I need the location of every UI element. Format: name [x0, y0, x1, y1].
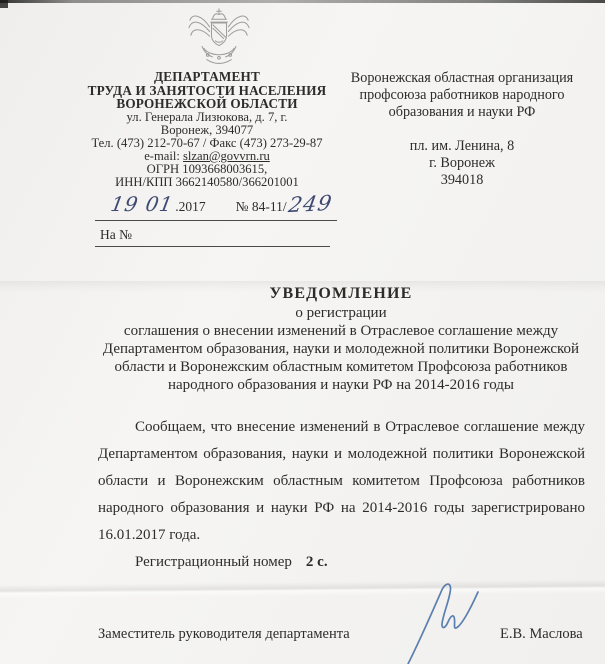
- sender-org-name-line: ДЕПАРТАМЕНТ: [40, 70, 374, 84]
- notice-title-block: УВЕДОМЛЕНИЕ о регистрации соглашения о в…: [85, 284, 597, 394]
- body-line: народного образования и науки РФ на 2014…: [98, 495, 585, 522]
- letter-body: Сообщаем, что внесение изменений в Отрас…: [98, 414, 585, 576]
- registration-number-label: Регистрационный номер: [135, 554, 292, 570]
- sender-inn-kpp: ИНН/КПП 3662140580/366201001: [40, 176, 374, 189]
- body-line: 16.01.2017 года.: [98, 522, 585, 549]
- body-line: Сообщаем, что внесение изменений в Отрас…: [98, 414, 585, 441]
- registration-number-line: Регистрационный номер2 с.: [98, 549, 585, 576]
- scan-edge-artifact: [0, 0, 605, 3]
- outgoing-date-number-row: 19 01 .2017 № 84-11/ 249: [95, 194, 337, 221]
- email-label: e-mail:: [144, 149, 180, 163]
- registration-number-value: 2 с.: [306, 554, 328, 570]
- recipient-org-line: профсоюза работников народного: [330, 87, 594, 104]
- incoming-reference-row: На №: [95, 227, 330, 247]
- email-address: slzan@govvrn.ru: [183, 149, 270, 163]
- outgoing-number-label: № 84-11/: [236, 199, 287, 215]
- recipient-org-line: Воронежская областная организация: [330, 70, 594, 87]
- body-line: Департаментом образования, науки и молод…: [98, 441, 585, 468]
- signer-position: Заместитель руководителя департамента: [98, 626, 350, 643]
- paper-fold-crease: [0, 579, 605, 598]
- coat-of-arms-icon: [181, 8, 257, 70]
- sender-org-name-line: ТРУДА И ЗАНЯТОСТИ НАСЕЛЕНИЯ: [40, 84, 374, 98]
- signer-name: Е.В. Маслова: [500, 626, 583, 643]
- signature-mark: [398, 578, 494, 664]
- recipient-org-line: образования и науки РФ: [330, 104, 594, 121]
- reference-label: На №: [100, 227, 132, 242]
- notice-subheading: о регистрации: [85, 304, 597, 322]
- spacer: [330, 121, 594, 138]
- recipient-postcode: 394018: [330, 172, 594, 189]
- sender-org-name-line: ВОРОНЕЖСКОЙ ОБЛАСТИ: [40, 97, 374, 111]
- notice-title-line: области и Воронежским областным комитето…: [85, 358, 597, 376]
- sender-ogrn: ОГРН 1093668003615,: [40, 163, 374, 176]
- handwritten-date: 19 01: [109, 194, 175, 214]
- sender-street: ул. Генерала Лизюкова, д. 7, г.: [40, 111, 374, 124]
- notice-title-line: народного образования и науки РФ на 2014…: [85, 376, 597, 394]
- notice-title-line: соглашения о внесении изменений в Отрасл…: [85, 322, 597, 340]
- scan-corner-artifact: [0, 0, 8, 8]
- printed-year: .2017: [175, 199, 205, 215]
- recipient-city: г. Воронеж: [330, 155, 594, 172]
- sender-letterhead: ДЕПАРТАМЕНТ ТРУДА И ЗАНЯТОСТИ НАСЕЛЕНИЯ …: [40, 8, 374, 189]
- recipient-street: пл. им. Ленина, 8: [330, 138, 594, 155]
- notice-heading: УВЕДОМЛЕНИЕ: [85, 284, 597, 304]
- sender-city: Воронеж, 394077: [40, 124, 374, 137]
- handwritten-number: 249: [287, 193, 334, 215]
- notice-title-line: Департаментом образования, науки и молод…: [85, 340, 597, 358]
- scanned-letter-page: ДЕПАРТАМЕНТ ТРУДА И ЗАНЯТОСТИ НАСЕЛЕНИЯ …: [0, 0, 605, 664]
- body-line: области и Воронежским областным комитето…: [98, 468, 585, 495]
- recipient-block: Воронежская областная организация профсо…: [330, 70, 594, 189]
- sender-email-line: e-mail: slzan@govvrn.ru: [40, 150, 374, 163]
